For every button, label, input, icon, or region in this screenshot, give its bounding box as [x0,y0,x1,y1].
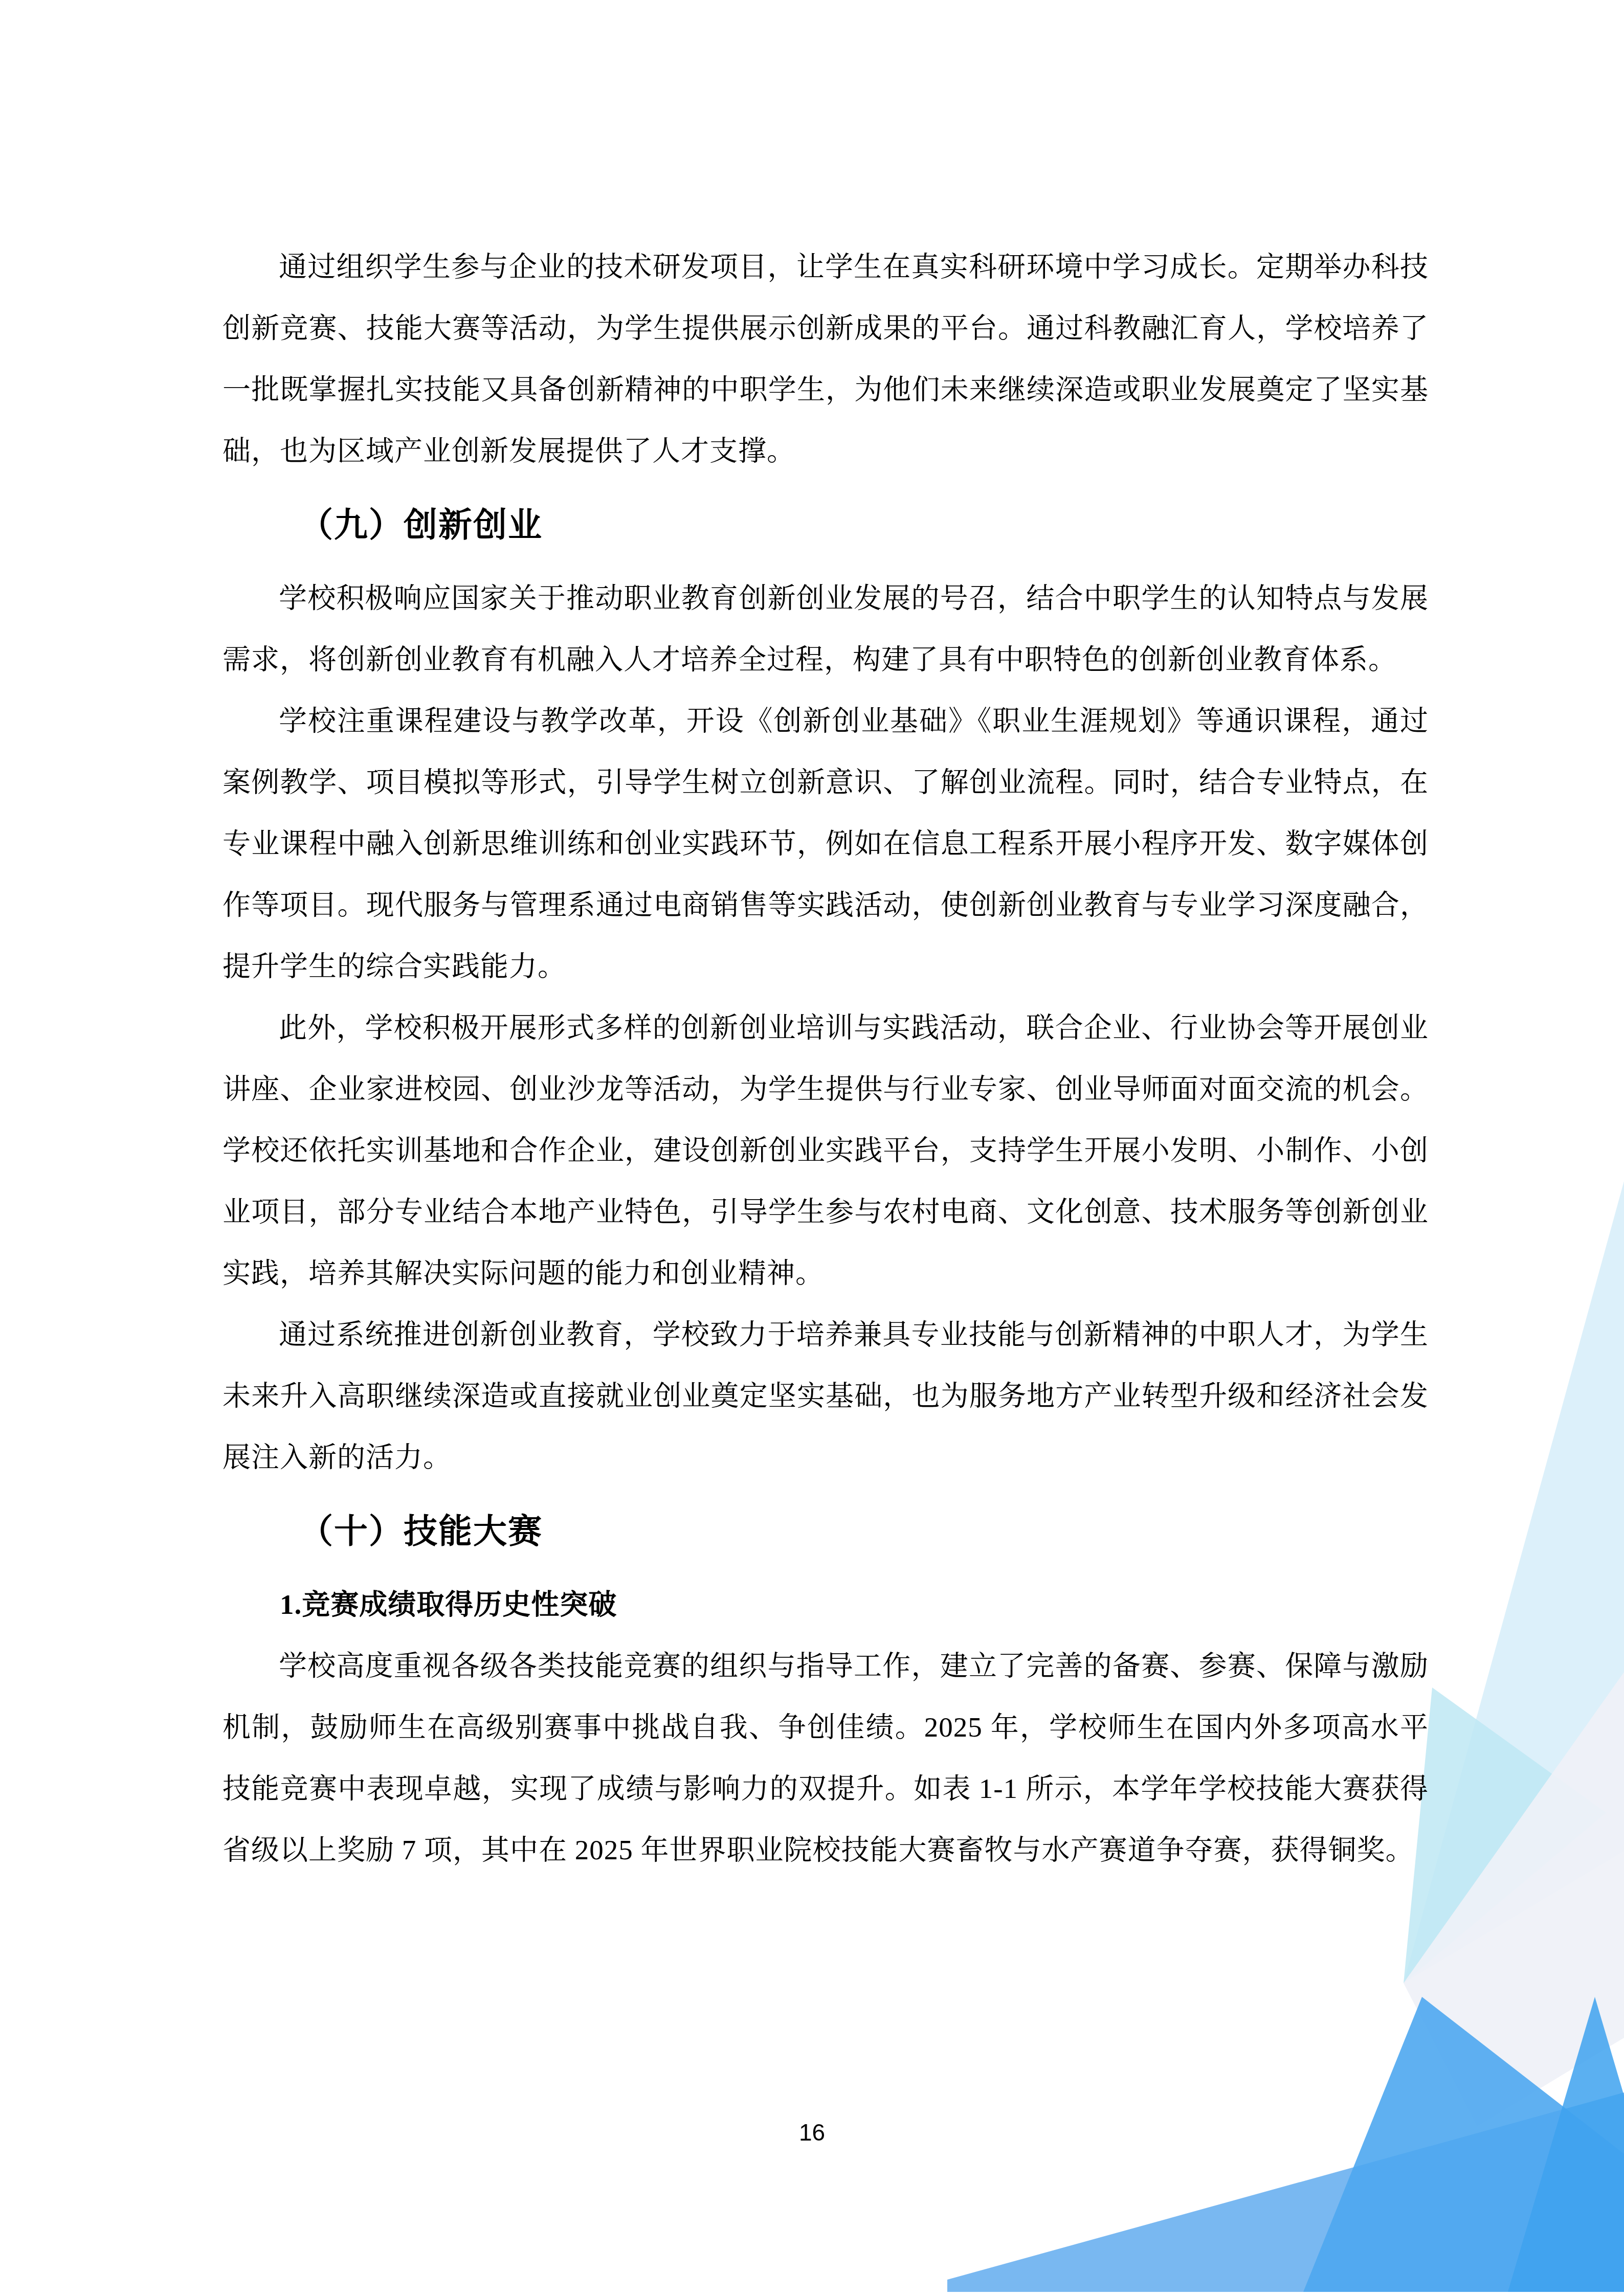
paragraph-science-education-integration: 通过组织学生参与企业的技术研发项目，让学生在真实科研环境中学习成长。定期举办科技… [223,236,1429,482]
section-heading-9-innovation-entrepreneurship: （九）创新创业 [223,499,1429,550]
text-column: 通过组织学生参与企业的技术研发项目，让学生在真实科研环境中学习成长。定期举办科技… [223,236,1429,1881]
paragraph-competition-results: 学校高度重视各级各类技能竞赛的组织与指导工作，建立了完善的备赛、参赛、保障与激励… [223,1635,1429,1881]
document-page: 通过组织学生参与企业的技术研发项目，让学生在真实科研环境中学习成长。定期举办科技… [0,0,1624,2296]
paragraph-systematic-advancement: 通过系统推进创新创业教育，学校致力于培养兼具专业技能与创新精神的中职人才，为学生… [223,1304,1429,1488]
gray-wedge-triangle [1404,1672,1624,2126]
paragraph-training-activities: 此外，学校积极开展形式多样的创新创业培训与实践活动，联合企业、行业协会等开展创业… [223,997,1429,1304]
paragraph-curriculum-reform: 学校注重课程建设与教学改革，开设《创新创业基础》《职业生涯规划》等通识课程，通过… [223,690,1429,997]
cyan-wedge-triangle [1404,1687,1606,1983]
pale-blue-wedge-triangle [1404,1181,1624,1983]
page-number: 16 [0,2117,1624,2148]
subheading-competition-breakthrough: 1.竞赛成绩取得历史性突破 [223,1574,1429,1635]
section-heading-10-skills-competition: （十）技能大赛 [223,1505,1429,1557]
paragraph-innovation-system: 学校积极响应国家关于推动职业教育创新创业发展的号召，结合中职学生的认知特点与发展… [223,568,1429,690]
